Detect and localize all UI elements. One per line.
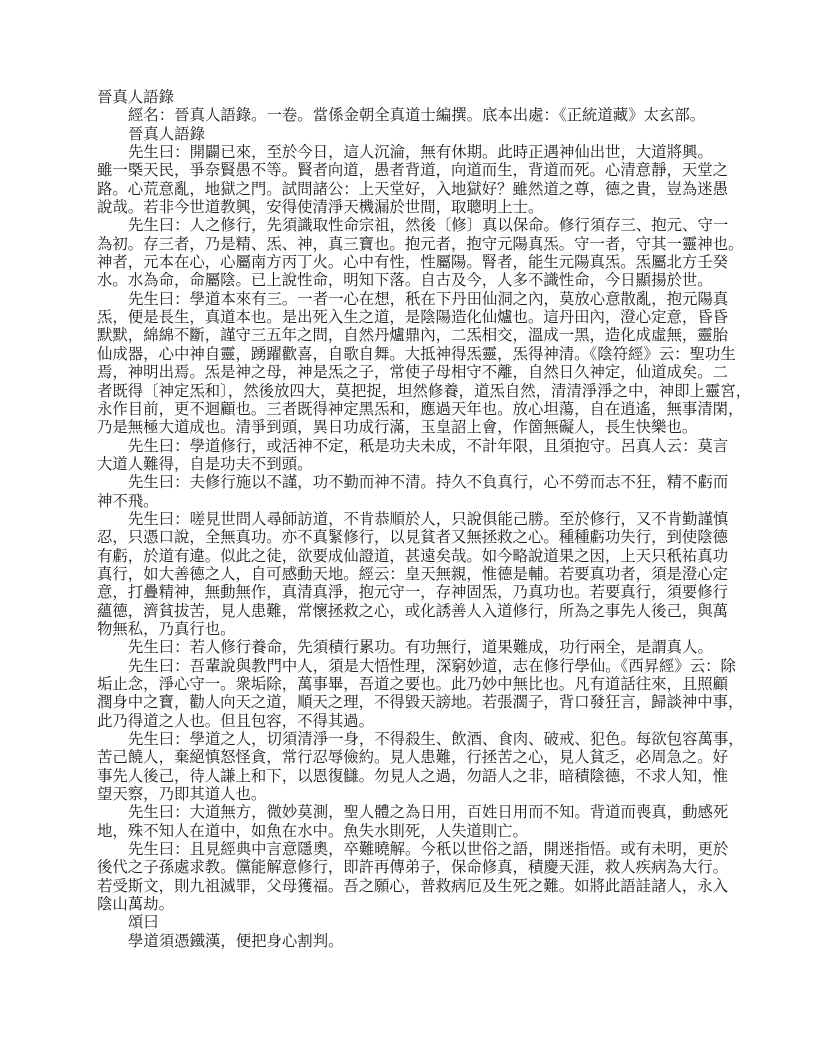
text-line: 炁，便是長生，真道本也。是出死入生之道，是陰陽造化仙爐也。這丹田內，澄心定意，昏…	[97, 308, 737, 326]
text-line: 事先人後己，待人謙上和下，以恩復讎。勿見人之過，勿語人之非，暗積陰德，不求人知，…	[97, 767, 737, 785]
text-line: 後代之子孫處求教。儻能解意修行，即許再傳弟子，保命修真，積慶天涯，救人疾病為大行…	[97, 858, 737, 876]
text-line: 先生曰：若人修行養命，先須積行累功。有功無行，道果難成，功行兩全，是謂真人。	[97, 638, 737, 656]
text-line: 神者，元本在心，心屬南方丙丁火。心中有性，性屬陽。腎者，能生元陽真炁。炁屬北方壬…	[97, 253, 737, 271]
text-line: 水。水為命，命屬陰。已上說性命，明知下落。自古及今，人多不識性命，今日顯揚於世。	[97, 271, 737, 289]
text-line: 此乃得道之人也。但且包容，不得其過。	[97, 712, 737, 730]
text-line: 說哉。若非今世道教興，安得使清淨天機漏於世間，取聰明上士。	[97, 198, 737, 216]
text-line: 先生曰：且見經典中言意隱奧，卒難曉解。今秖以世俗之語，開迷指悟。或有未明，更於	[97, 840, 737, 858]
text-line: 先生曰：吾輩說與教門中人，須是大悟性理，深窮妙道，志在修行學仙。《西昇經》云：除	[97, 657, 737, 675]
text-line: 焉，神明出焉。炁是神之母，神是炁之子，常使子母相守不離，自然日久神定，仙道成矣。…	[97, 363, 737, 381]
text-line: 真行，如大善德之人，自可感動天地。經云：皇天無親，惟德是輔。若要真功者，須是澄心…	[97, 565, 737, 583]
text-line: 先生曰：夫修行施以不謹，功不勤而神不清。持久不負真行，心不勞而志不狂，精不虧而	[97, 473, 737, 491]
text-line: 有虧，於道有違。似此之徒，欲要成仙證道，甚遠矣哉。如今略說道果之因，上天只秖祐真…	[97, 547, 737, 565]
text-line: 默默，綿綿不斷，謹守三五年之問，自然丹爐鼎內，二炁相交，溫成一黑，造化成虛無，靈…	[97, 326, 737, 344]
text-line: 為初。存三者，乃是精、炁、神，真三寶也。抱元者，抱守元陽真炁。守一者，守其一靈神…	[97, 235, 737, 253]
text-line: 忍，只憑口說，全無真功。亦不真緊修行，以見貧者又無拯救之心。種種虧功失行，到使陰…	[97, 528, 737, 546]
text-line: 先生曰：嗟見世問人尋師訪道，不肯恭順於人，只說俱能己勝。至於修行，又不肯勤謹慎	[97, 510, 737, 528]
text-line: 先生曰：學道之人，切須清淨一身，不得殺生、飲酒、食肉、破戒、犯色。每欲包容萬事，	[97, 730, 737, 748]
document-text-block: 晉真人語錄 經名：晉真人語錄。一卷。當係金朝全真道士編撰。底本出處：《正統道藏》…	[97, 88, 737, 950]
text-line: 晉真人語錄	[97, 125, 737, 143]
text-line: 潤身中之寶，勸人向天之道，順天之理，不得毀天謗地。若張濶子，背口發狂言，歸談神中…	[97, 693, 737, 711]
text-line: 乃是無極大道成也。清爭到頭，異日功成行滿，玉皇詔上會，作箇無礙人，長生快樂也。	[97, 418, 737, 436]
text-line: 物無私，乃真行也。	[97, 620, 737, 638]
text-line: 先生曰：人之修行，先須識取性命宗祖，然後〔修〕真以保命。修行須存三、抱元、守一	[97, 216, 737, 234]
text-line: 學道須憑鐵漢，便把身心割判。	[97, 932, 737, 950]
text-line: 垢止念，淨心守一。衆垢除，萬事畢，吾道之要也。此乃妙中無比也。凡有道話往來，且照…	[97, 675, 737, 693]
text-line: 若受斯文，則九祖滅罪，父母獲福。吾之願心，普救病厄及生死之難。如將此語詿諸人，永…	[97, 877, 737, 895]
text-line: 陰山萬劫。	[97, 895, 737, 913]
text-line: 經名：晉真人語錄。一卷。當係金朝全真道士編撰。底本出處：《正統道藏》太玄部。	[97, 106, 737, 124]
text-line: 望天察，乃即其道人也。	[97, 785, 737, 803]
text-line: 仙成器，心中神自靈，踴躍歡喜，自歌自舞。大抵神得炁靈，炁得神清。《陰符經》云：聖…	[97, 345, 737, 363]
document-page: 晉真人語錄 經名：晉真人語錄。一卷。當係金朝全真道士編撰。底本出處：《正統道藏》…	[0, 0, 816, 1056]
text-line: 蘊德，濟貧拔苦，見人患難，常懷拯救之心，或化誘善人入道修行，所為之事先人後己，與…	[97, 602, 737, 620]
document-title-line: 晉真人語錄	[97, 88, 737, 106]
text-line: 先生曰：大道無方，微妙莫測，聖人體之為日用，百姓日用而不知。背道而喪真，動感死	[97, 803, 737, 821]
text-line: 地，殊不知人在道中，如魚在水中。魚失水則死，人失道則亡。	[97, 822, 737, 840]
text-line: 先生曰：學道修行，或活神不定，秖是功夫未成，不計年限，且須抱守。呂真人云：莫言	[97, 437, 737, 455]
text-line: 者既得〔神定炁和〕，然後放四大，莫把捉，坦然修養，道炁自然，清清淨淨之中，神即上…	[97, 382, 737, 400]
text-line: 神不飛。	[97, 492, 737, 510]
text-line: 先生曰：學道本來有三。一者一心在想，秖在下丹田仙洞之內，莫放心意散亂，抱元陽真	[97, 290, 737, 308]
text-line: 永作目前，更不迴顧也。三者既得神定黑炁和，應過天年也。放心坦蕩，自在逍遙，無事清…	[97, 400, 737, 418]
text-line: 大道人難得，自是功夫不到頭。	[97, 455, 737, 473]
text-line: 雖一槩天民，爭奈賢愚不等。賢者向道，愚者背道，向道而生，背道而死。心清意靜，天堂…	[97, 161, 737, 179]
text-line: 路。心荒意亂，地獄之門。試問諸公：上天堂好，入地獄好？雖然道之尊，德之貴，豈為迷…	[97, 180, 737, 198]
text-line: 苦己饒人，棄絕慎怒怪貪，常行忍辱儉約。見人患難，行拯苦之心，見人貧乏，必周急之。…	[97, 748, 737, 766]
text-line: 意，打疊精神，無動無作，真清真淨，抱元守一，存神固炁，乃真功也。若要真行，須要修…	[97, 583, 737, 601]
text-line: 頌曰	[97, 913, 737, 931]
text-line: 先生曰：開闢已來，至於今日，這人沉淪，無有休期。此時正遇神仙出世，大道將興。	[97, 143, 737, 161]
